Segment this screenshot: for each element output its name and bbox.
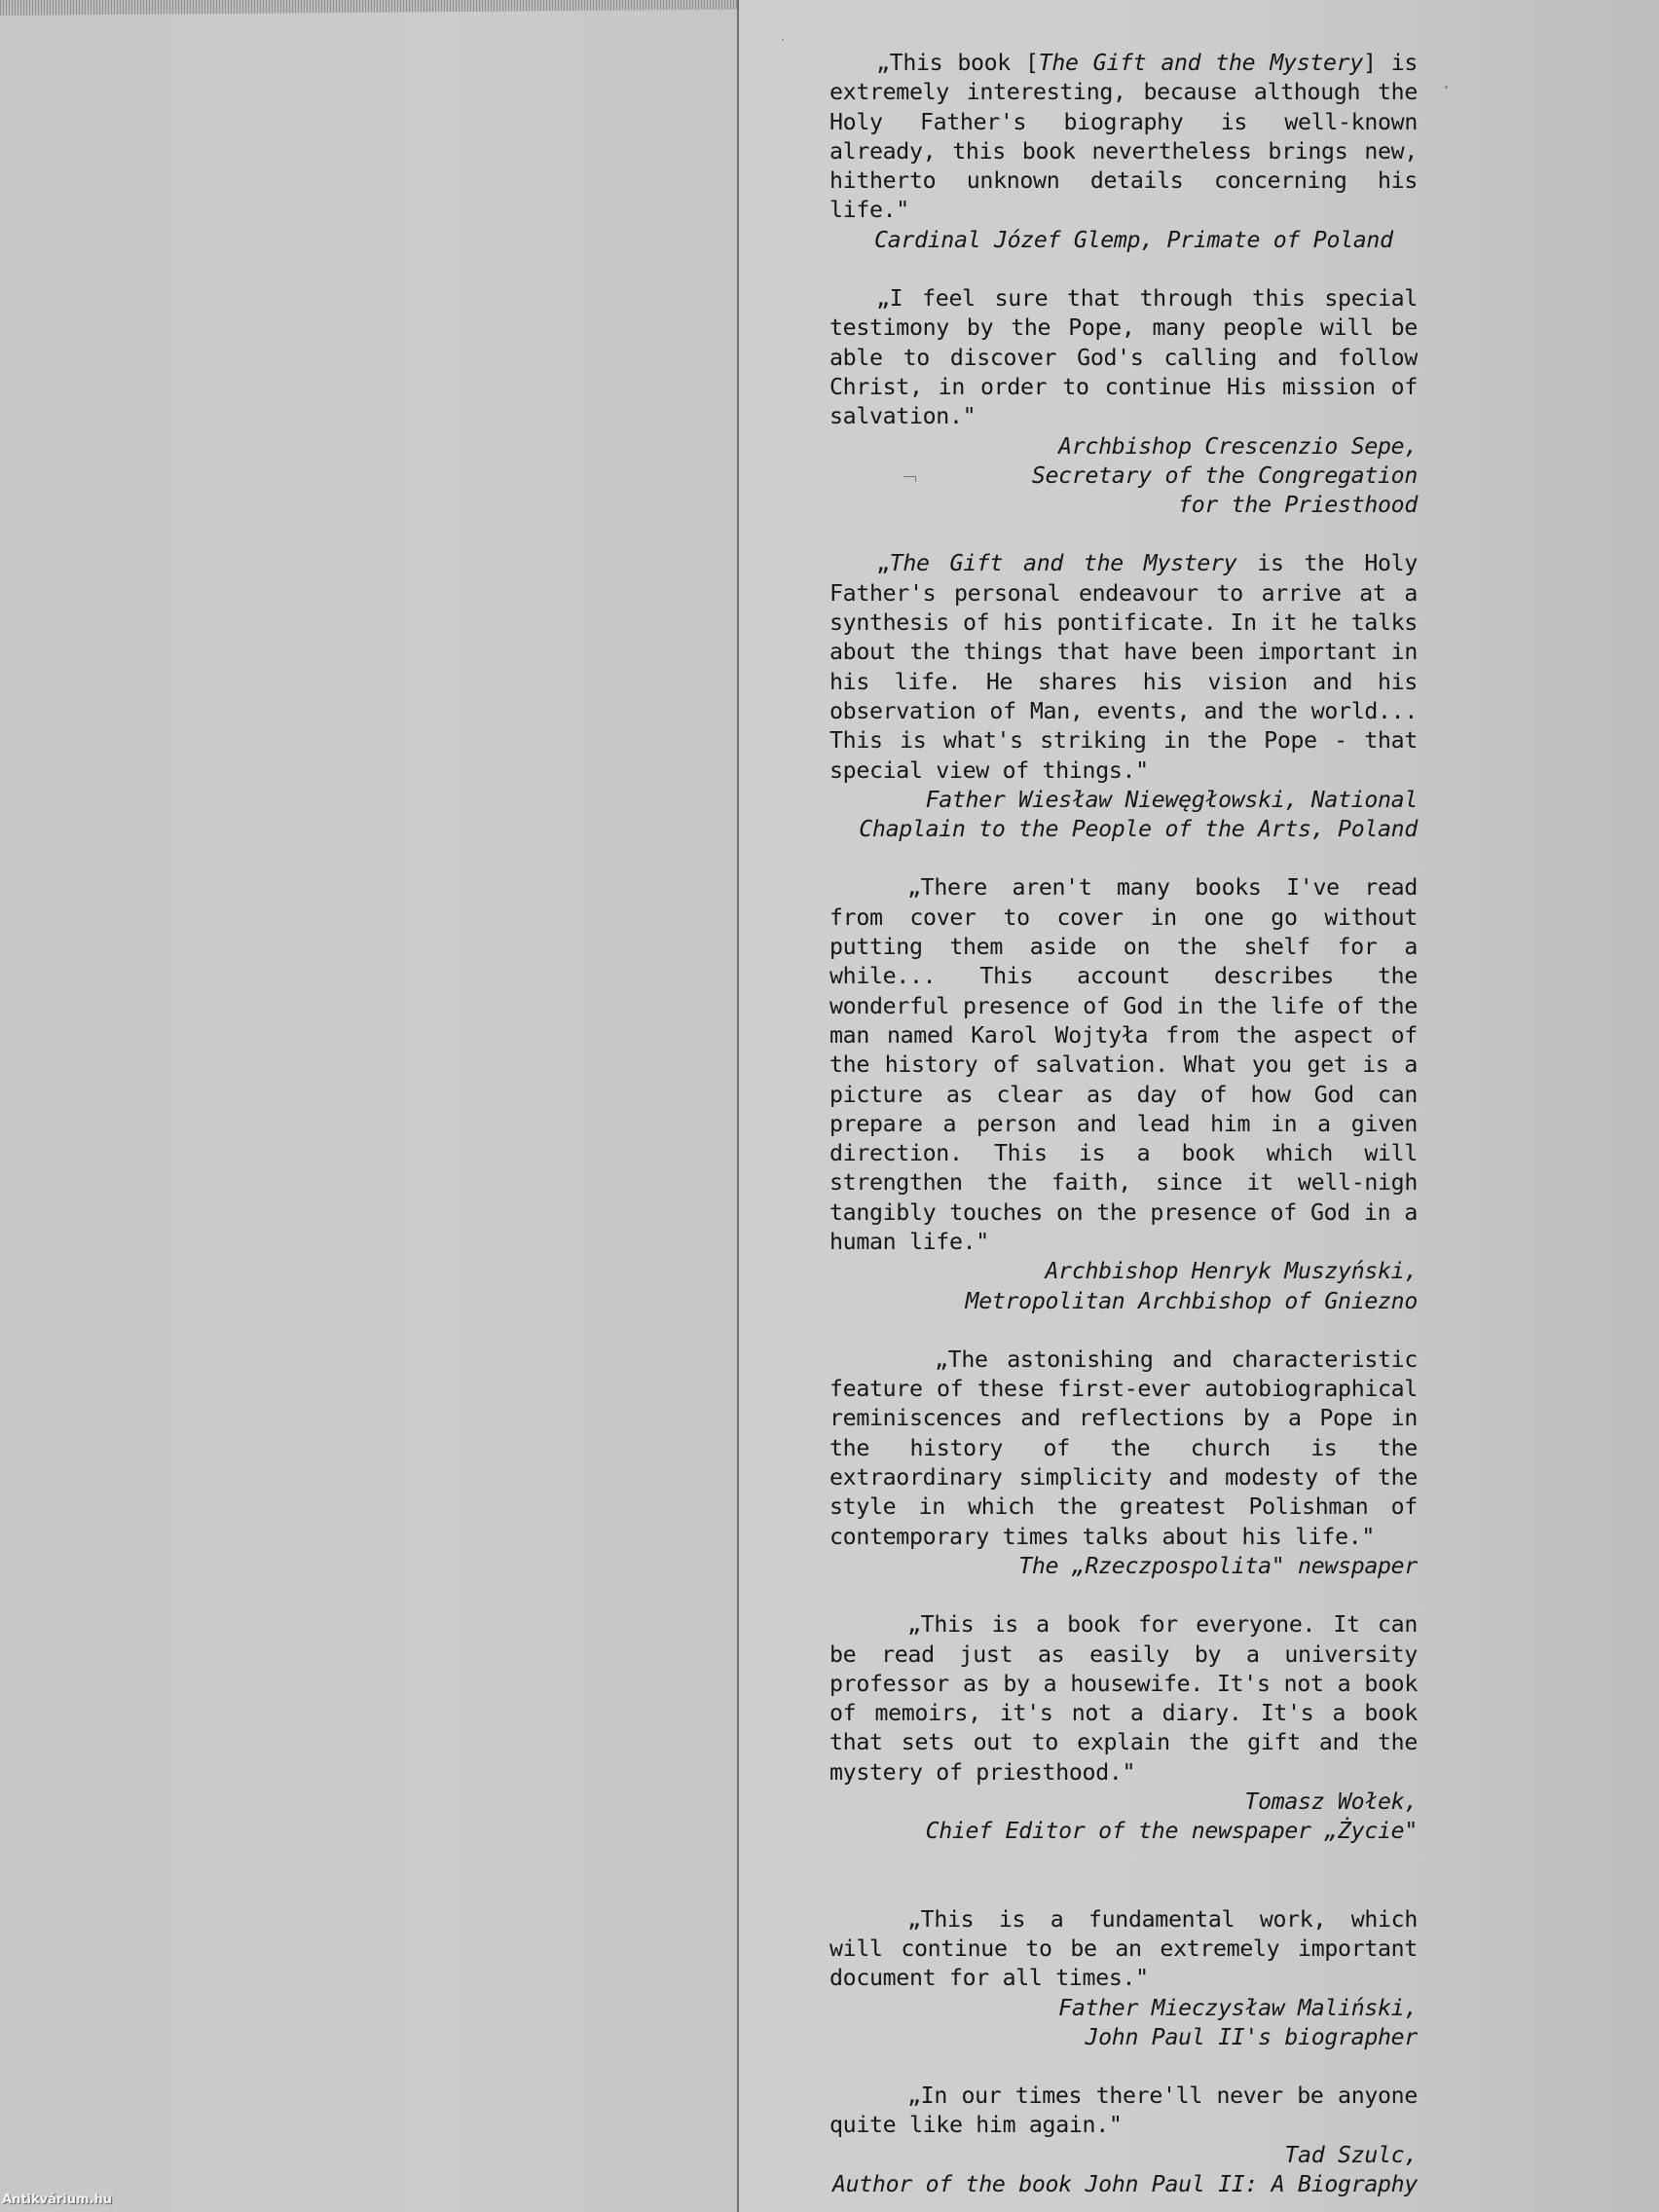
paper-speck [1445,86,1448,89]
quote-attribution: Cardinal Józef Glemp, Primate of Poland [829,226,1418,255]
attribution-line: Archbishop Crescenzio Sepe, [829,432,1418,461]
quote-text-part: „This book [ [876,50,1039,76]
quote-rzeczpospolita: „The astonishing and characteristic feat… [829,1346,1418,1581]
watermark-logo: Antikvárium.hu [2,2193,112,2207]
quote-muszynski: „There aren't many books I've read from … [829,873,1418,1315]
quote-text-part: „There aren't many books I've read from … [829,874,1418,1255]
quote-text: „In our times there'll never be anyone q… [829,2082,1418,2141]
quote-attribution: The „Rzeczpospolita" newspaper [829,1552,1418,1581]
attribution-line: Tad Szulc, [829,2141,1418,2170]
quote-sepe: „I feel sure that through this special t… [829,284,1418,520]
quote-text: „The astonishing and characteristic feat… [829,1346,1418,1552]
quote-text-part: „This is a fundamental work, which will … [829,1906,1418,1992]
attribution-line: The „Rzeczpospolita" newspaper [829,1552,1418,1581]
quote-text: „I feel sure that through this special t… [829,284,1418,431]
quote-text-part: „I feel sure that through this special t… [829,285,1418,429]
attribution-line: Secretary of the Congregation [829,461,1418,491]
quote-text: „This is a fundamental work, which will … [829,1905,1418,1994]
quote-attribution: Archbishop Crescenzio Sepe, Secretary of… [829,432,1418,521]
quote-attribution: Father Mieczysław Maliński, John Paul II… [829,1994,1418,2053]
attribution-line: John Paul II's biographer [829,2023,1418,2052]
quote-attribution: Tomasz Wołek, Chief Editor of the newspa… [829,1788,1418,1847]
quote-text: „There aren't many books I've read from … [829,873,1418,1257]
left-page-blank [0,0,738,2212]
attribution-line: Author of the book John Paul II: A Biogr… [829,2170,1418,2199]
book-title: The Gift and the Mystery [1039,50,1363,76]
quote-text-part: „The astonishing and characteristic feat… [829,1346,1418,1550]
quote-text: „This book [The Gift and the Mystery] is… [829,49,1418,226]
quote-attribution: Archbishop Henryk Muszyński, Metropolita… [829,1257,1418,1316]
attribution-line: Archbishop Henryk Muszyński, [829,1257,1418,1286]
quote-text-part: „This is a book for everyone. It can be … [829,1611,1418,1785]
attribution-line: Father Wiesław Niewęgłowski, National [829,786,1418,815]
attribution-line: Cardinal Józef Glemp, Primate of Poland [874,226,1418,255]
quote-text-part: „ [876,550,890,576]
quote-text: „The Gift and the Mystery is the Holy Fa… [829,549,1418,785]
attribution-line: Chief Editor of the newspaper „Życie" [829,1817,1418,1846]
quote-attribution: Tad Szulc, Author of the book John Paul … [829,2141,1418,2200]
attribution-line: Chaplain to the People of the Arts, Pola… [829,815,1418,844]
quote-nieweglowski: „The Gift and the Mystery is the Holy Fa… [829,549,1418,844]
quote-attribution: Father Wiesław Niewęgłowski, National Ch… [829,786,1418,845]
quote-wolek: „This is a book for everyone. It can be … [829,1610,1418,1846]
quote-glemp: „This book [The Gift and the Mystery] is… [829,49,1418,255]
quote-szulc: „In our times there'll never be anyone q… [829,2082,1418,2199]
paper-speck [782,39,784,41]
attribution-line: Father Mieczysław Maliński, [829,1994,1418,2023]
attribution-line: Tomasz Wołek, [829,1788,1418,1817]
attribution-line: Metropolitan Archbishop of Gniezno [829,1287,1418,1316]
quote-text-part: „In our times there'll never be anyone q… [829,2083,1418,2138]
quote-text: „This is a book for everyone. It can be … [829,1610,1418,1788]
endorsements-column: „This book [The Gift and the Mystery] is… [829,49,1418,2199]
book-title: The Gift and the Mystery [890,550,1237,576]
quote-text-part: is the Holy Father's personal endeavour … [829,550,1418,783]
quote-malinski: „This is a fundamental work, which will … [829,1905,1418,2052]
attribution-line: for the Priesthood [829,491,1418,520]
